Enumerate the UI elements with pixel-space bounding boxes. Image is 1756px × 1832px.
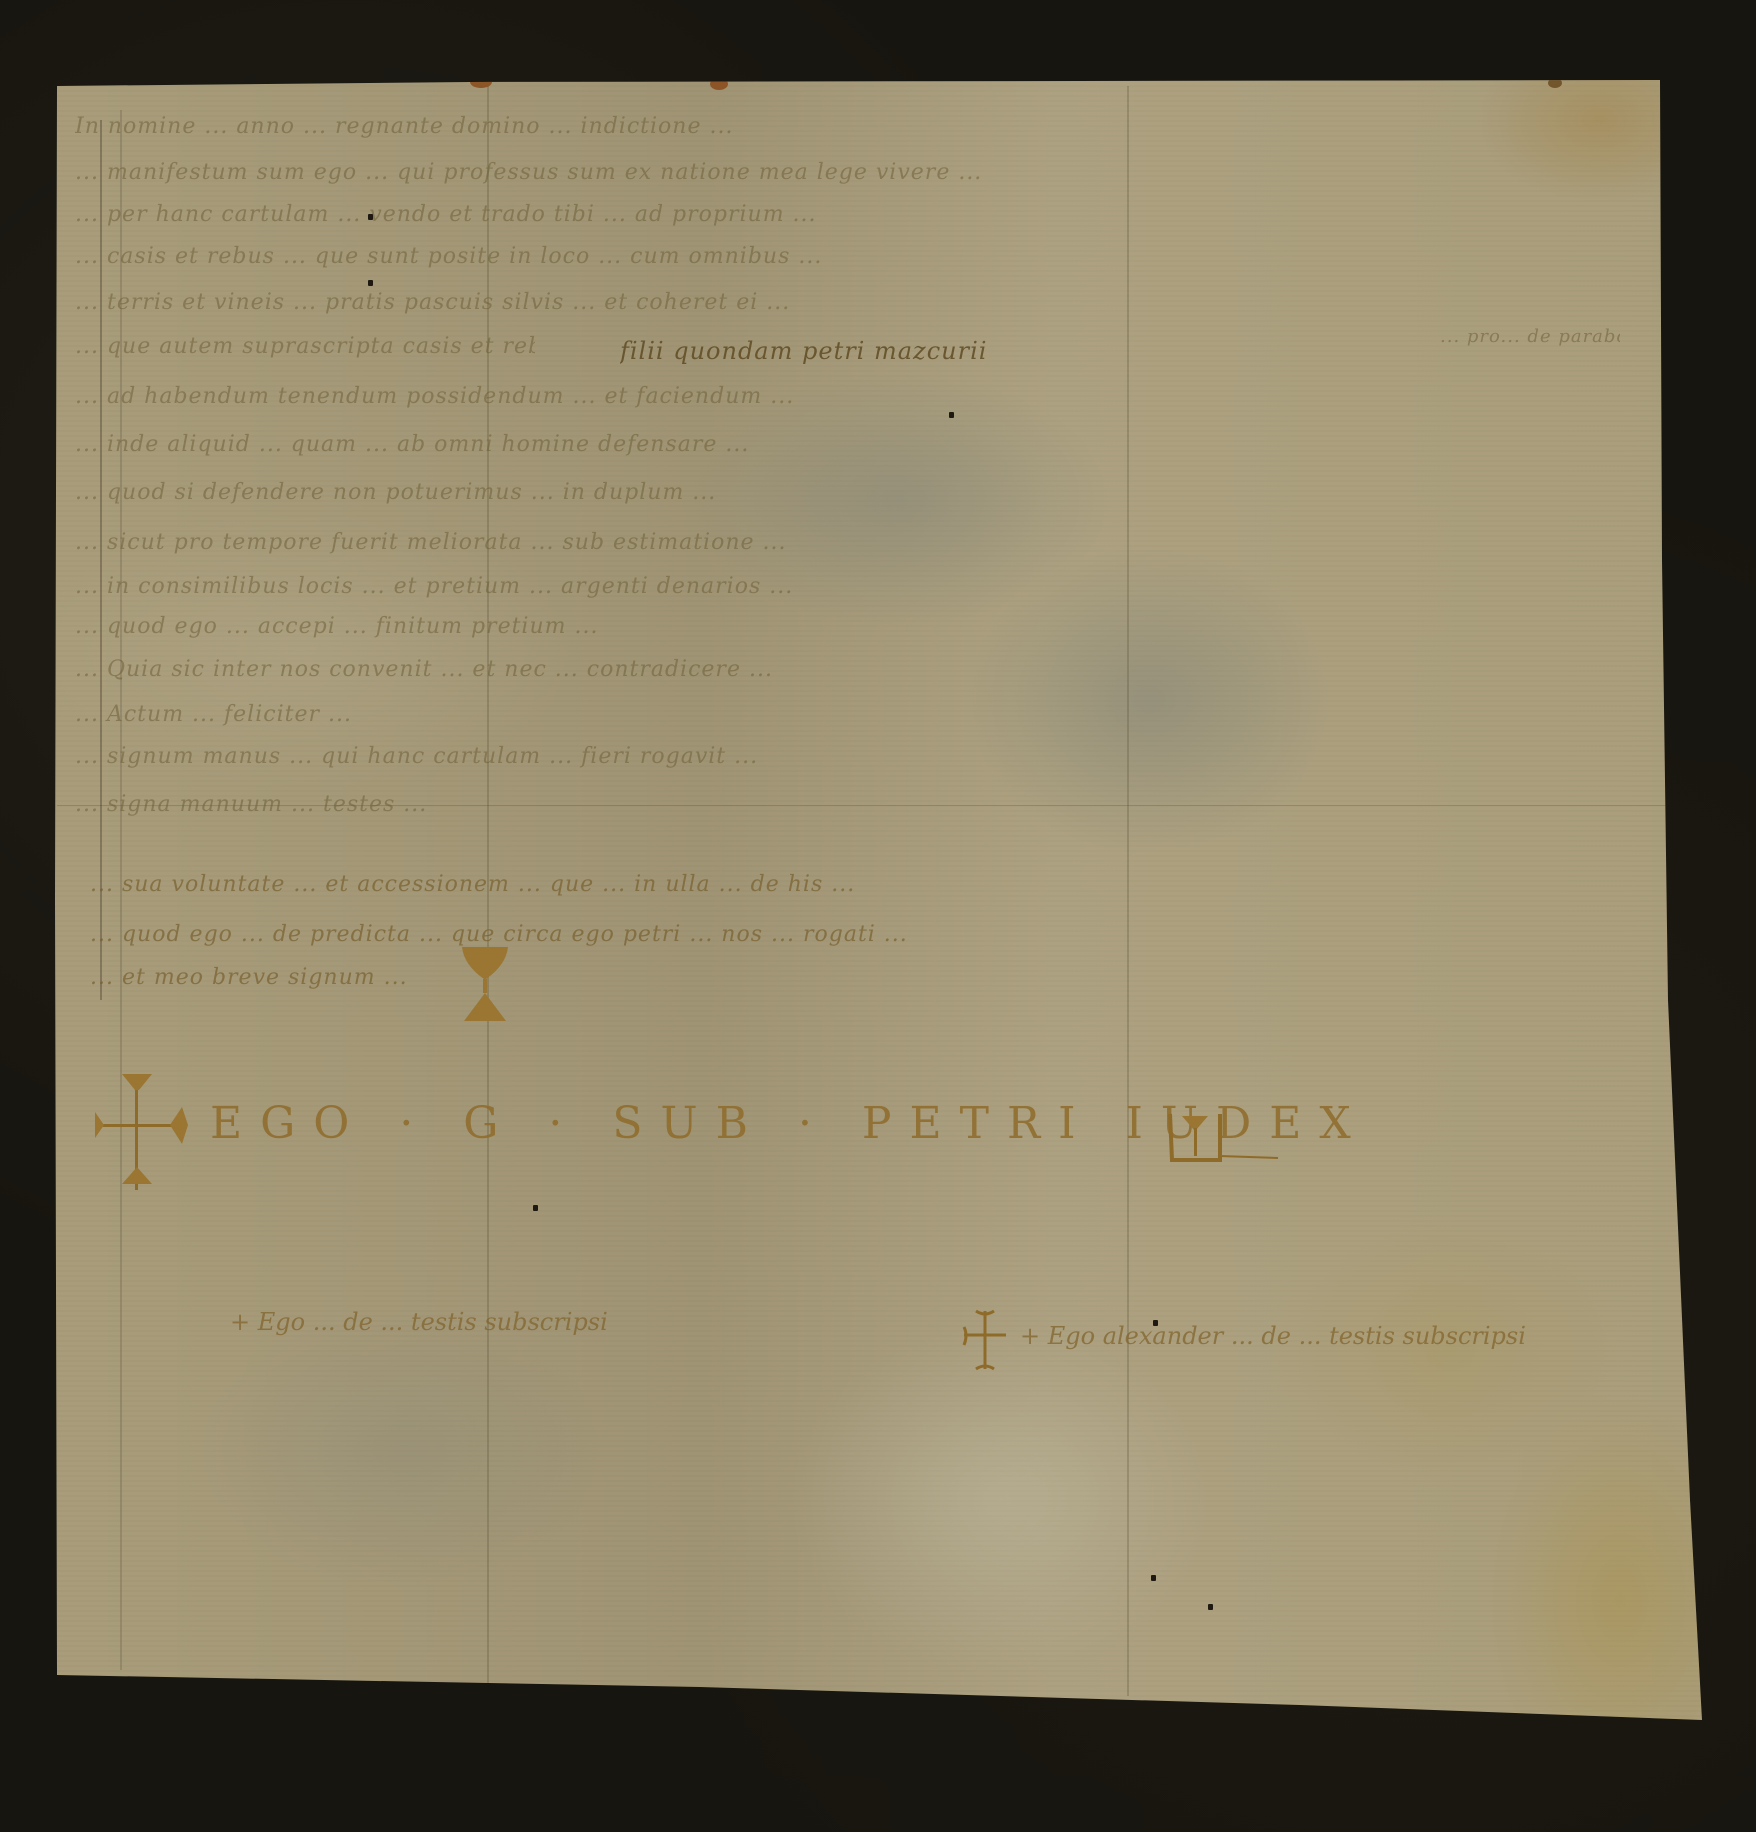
text-line: ... Actum ... feliciter ... <box>75 700 1615 730</box>
text-line: ... ad habendum tenendum possidendum ...… <box>75 382 1615 412</box>
ink-speck <box>1153 1320 1158 1326</box>
text-line: ... quod si defendere non potuerimus ...… <box>75 478 1615 508</box>
ink-speck <box>1208 1604 1213 1610</box>
highlighted-phrase: filii quondam petri mazcurii <box>620 336 1000 366</box>
text-line: ... signum manus ... qui hanc cartulam .… <box>75 742 1615 772</box>
notary-cross-sign-icon <box>90 1072 200 1192</box>
parchment-sheet: In nomine ... anno ... regnante domino .… <box>0 0 1756 1832</box>
text-line: ... quod ego ... de predicta ... que cir… <box>90 920 1620 950</box>
hourglass-notary-sign-icon <box>460 945 510 1025</box>
text-line: ... inde aliquid ... quam ... ab omni ho… <box>75 430 1545 460</box>
ink-speck <box>368 214 373 220</box>
document-photograph: In nomine ... anno ... regnante domino .… <box>0 0 1756 1832</box>
text-line: ... casis et rebus ... que sunt posite i… <box>75 242 1615 272</box>
text-line: ... sua voluntate ... et accessionem ...… <box>90 870 1620 900</box>
text-line: ... quod ego ... accepi ... finitum pret… <box>75 612 1615 642</box>
text-line: ... et meo breve signum ... <box>90 963 430 993</box>
text-line: ... terris et vineis ... pratis pascuis … <box>75 288 1455 318</box>
text-line: ... que autem suprascripta casis et rebu… <box>75 332 535 362</box>
text-line: In nomine ... anno ... regnante domino .… <box>75 112 1615 142</box>
witness-cross-sign-icon <box>960 1305 1010 1375</box>
ink-speck <box>533 1205 538 1211</box>
seal-stain <box>470 76 492 88</box>
margin-note: ... pro... de parabolla <box>1440 322 1620 352</box>
seal-stain <box>710 78 728 90</box>
notary-box-sign-icon <box>1160 1108 1280 1168</box>
text-line: ... per hanc cartulam ... vendo et trado… <box>75 200 1615 230</box>
ink-speck <box>368 280 373 286</box>
ink-speck <box>1151 1575 1156 1581</box>
text-line: ... Quia sic inter nos convenit ... et n… <box>75 655 1615 685</box>
witness-subscription-right: + Ego alexander ... de ... testis subscr… <box>1020 1322 1526 1350</box>
witness-subscription-left: + Ego ... de ... testis subscripsi <box>230 1308 608 1336</box>
seal-stain <box>1548 78 1562 88</box>
text-line: ... manifestum sum ego ... qui professus… <box>75 158 1615 188</box>
text-line: ... sicut pro tempore fuerit meliorata .… <box>75 528 1555 558</box>
text-line: ... in consimilibus locis ... et pretium… <box>75 572 1615 602</box>
ink-speck <box>949 412 954 418</box>
text-line: ... signa manuum ... testes ... <box>75 790 1615 820</box>
